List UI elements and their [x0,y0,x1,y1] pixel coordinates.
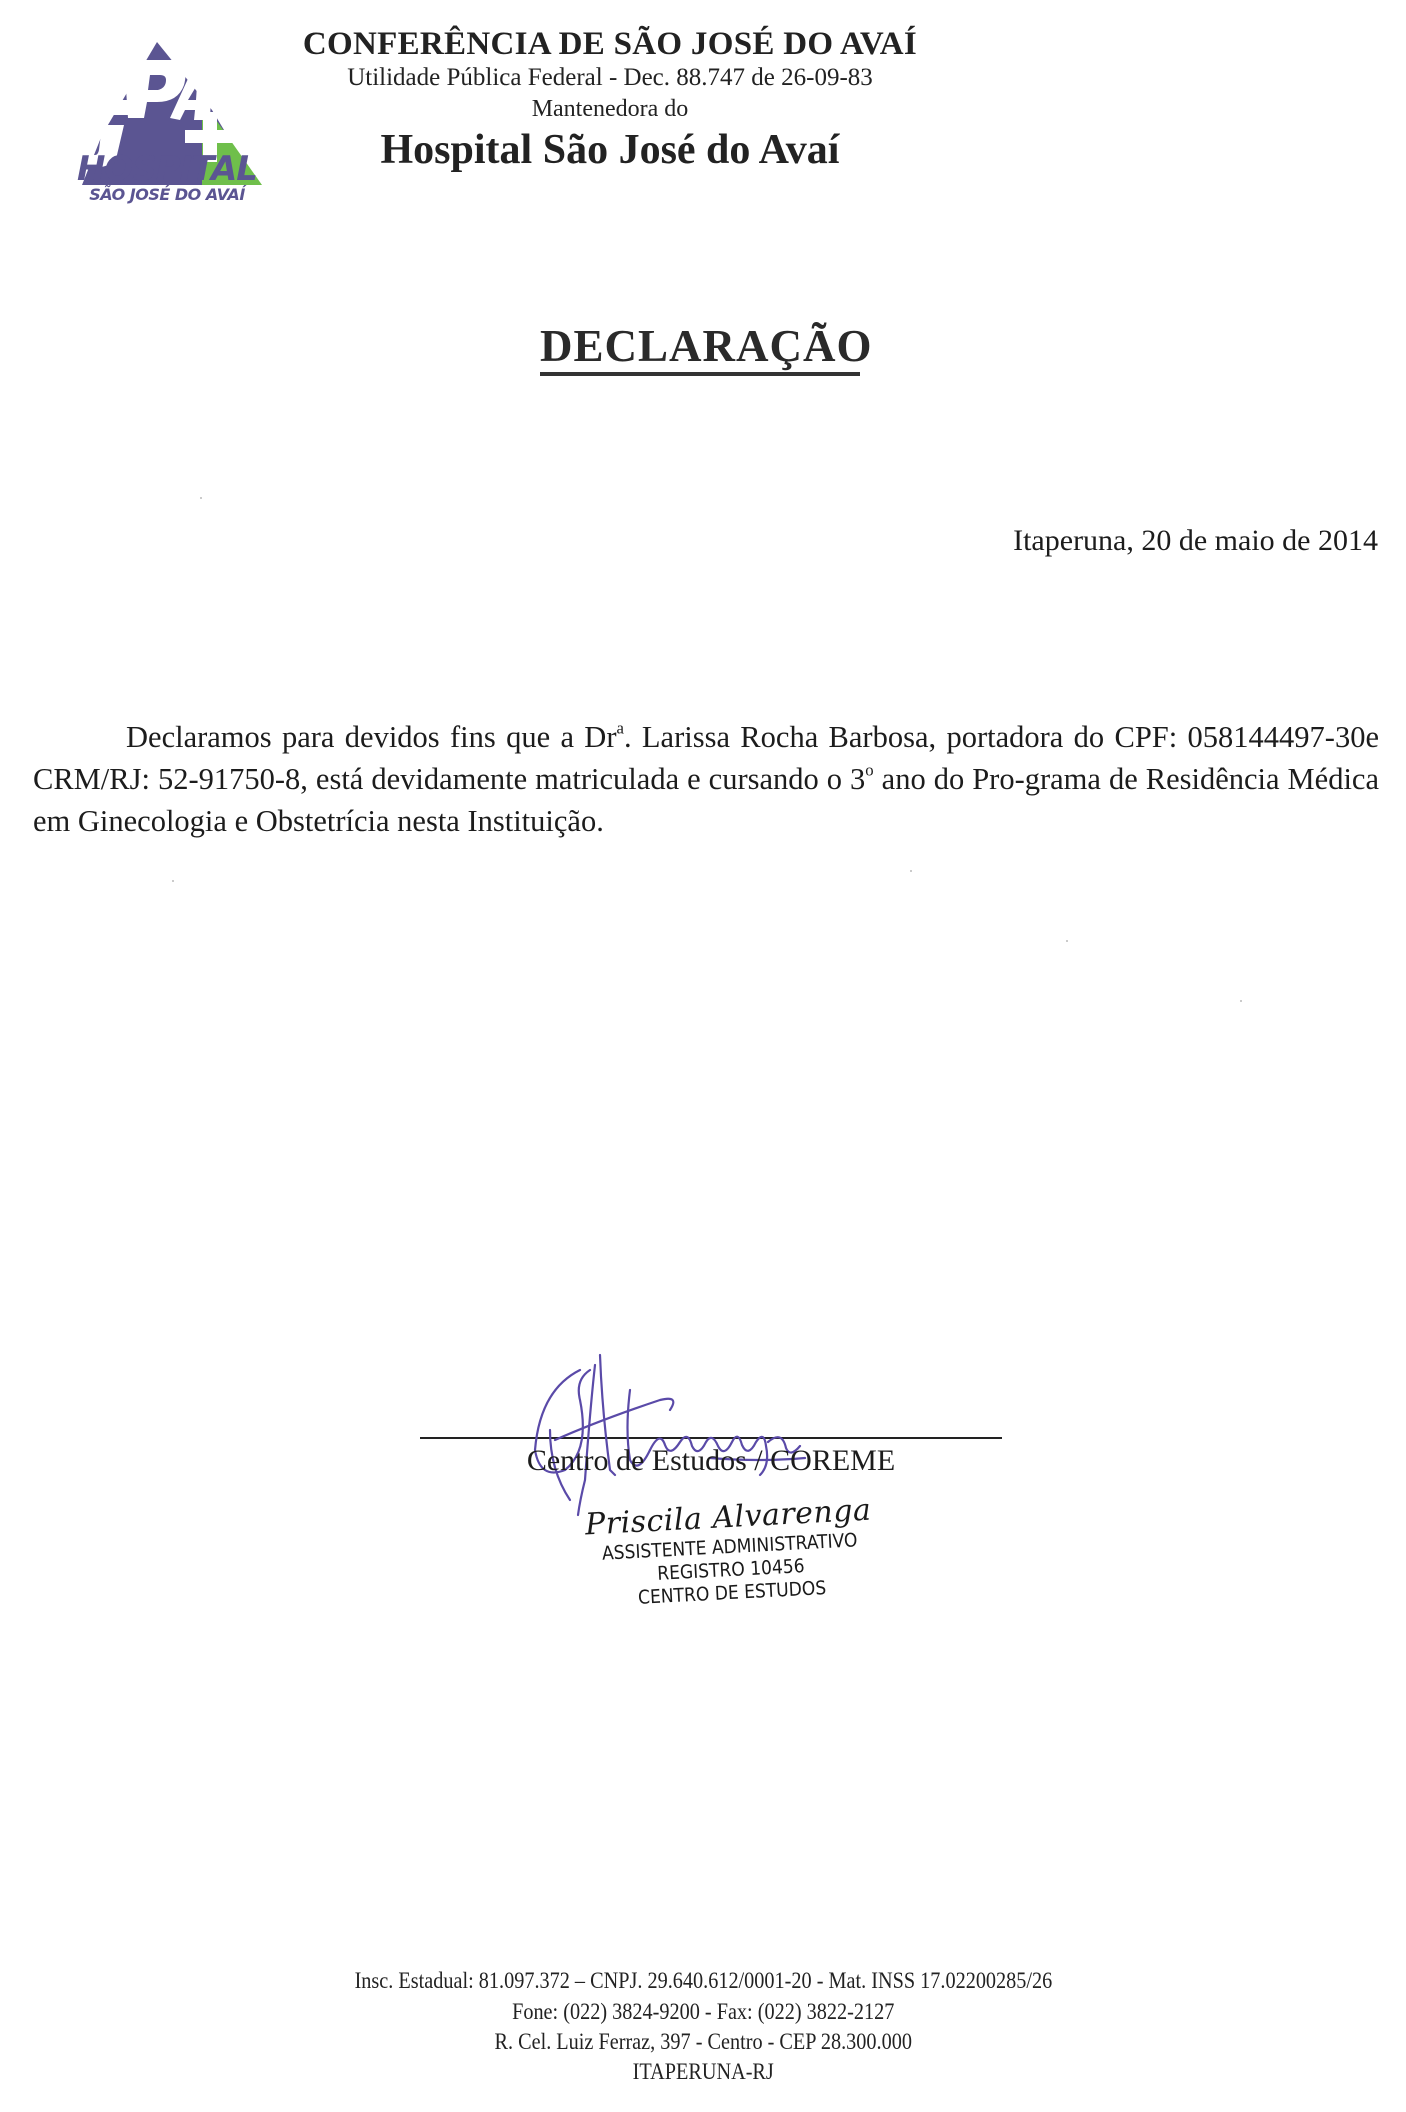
footer-registration: Insc. Estadual: 81.097.372 – CNPJ. 29.64… [0,1968,1406,1994]
scan-speck [910,870,912,872]
scan-speck [1066,940,1068,942]
body-superscript: a [617,719,624,738]
maintainer-label: Mantenedora do [280,96,940,123]
hospital-name: Hospital São José do Avaí [280,126,940,174]
footer-contact: Fone: (022) 3824-9200 - Fax: (022) 3822-… [0,1999,1406,2025]
footer-address: R. Cel. Luiz Ferraz, 397 - Centro - CEP … [0,2029,1406,2055]
scan-speck [1240,1000,1242,1002]
organization-name: CONFERÊNCIA DE SÃO JOSÉ DO AVAÍ [280,26,940,63]
signature-caption: Centro de Estudos / COREME [420,1444,1002,1478]
svg-text:SÃO JOSÉ DO AVAÍ: SÃO JOSÉ DO AVAÍ [89,185,247,204]
hospital-logo: HOSPITAL SÃO JOSÉ DO AVAÍ [62,40,272,205]
scan-speck [172,880,174,882]
svg-text:HOSPITAL: HOSPITAL [77,149,257,189]
scan-speck [200,497,202,499]
hospital-logo-icon: HOSPITAL SÃO JOSÉ DO AVAÍ [62,40,272,205]
body-text: Declaramos para devidos fins que a Dr [126,720,617,754]
declaration-paragraph: Declaramos para devidos fins que a Dra. … [33,716,1379,842]
public-utility-decree: Utilidade Pública Federal - Dec. 88.747 … [280,64,940,92]
body-superscript: o [865,761,873,780]
official-stamp: Priscila Alvarenga ASSISTENTE ADMINISTRA… [557,1491,902,1614]
document-title: DECLARAÇÃO [540,322,860,376]
footer-city: ITAPERUNA-RJ [0,2059,1406,2085]
date-line: Itaperuna, 20 de maio de 2014 [1013,524,1378,558]
